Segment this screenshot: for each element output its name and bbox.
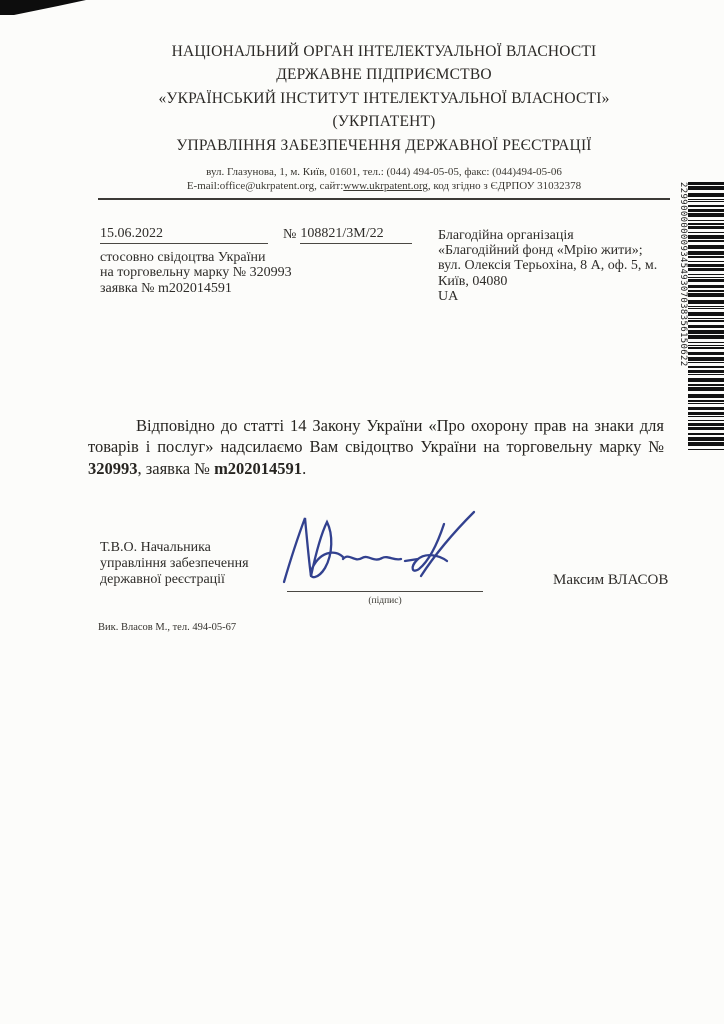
org-name-line-1: НАЦІОНАЛЬНИЙ ОРГАН ІНТЕЛЕКТУАЛЬНОЇ ВЛАСН… <box>98 40 670 63</box>
handwritten-signature <box>274 504 490 596</box>
signer-name: Максим ВЛАСОВ <box>553 572 668 589</box>
body-text-1: Відповідно до статті 14 Закону України «… <box>88 416 664 457</box>
signer-title: Т.В.О. Начальника управління забезпеченн… <box>100 540 249 587</box>
letterhead: НАЦІОНАЛЬНИЙ ОРГАН ІНТЕЛЕКТУАЛЬНОЇ ВЛАСН… <box>98 40 670 193</box>
letterhead-contacts: вул. Глазунова, 1, м. Київ, 01601, тел.:… <box>98 166 670 193</box>
recipient-line-2: «Благодійний фонд «Мрію жити»; <box>438 243 674 258</box>
letter-number: 108821/3М/22 <box>300 226 412 244</box>
barcode-bars <box>688 182 724 452</box>
recipient-address-block: Благодійна організація «Благодійний фонд… <box>438 228 674 304</box>
signer-title-line-2: управління забезпечення <box>100 556 249 572</box>
org-name-line-3: «УКРАЇНСЬКИЙ ІНСТИТУТ ІНТЕЛЕКТУАЛЬНОЇ ВЛ… <box>98 87 670 110</box>
number-sign: № <box>283 227 296 244</box>
email-text: E-mail:office@ukrpatent.org, сайт: <box>187 180 343 192</box>
signature-caption: (підпис) <box>287 596 483 606</box>
edrpou-text: , код згідно з ЄДРПОУ 31032378 <box>428 180 581 192</box>
scan-artifact-corner <box>0 0 86 15</box>
signature-line <box>287 591 483 592</box>
body-paragraph: Відповідно до статті 14 Закону України «… <box>88 415 664 480</box>
application-number: m202014591 <box>214 459 302 478</box>
subject-block: стосовно свідоцтва України на торговельн… <box>100 250 430 296</box>
barcode-digits: 22990000000934549307038356150622 <box>678 182 688 458</box>
body-text-2: , заявка № <box>138 459 215 478</box>
letter-date: 15.06.2022 <box>100 226 268 244</box>
scanned-letter-page: НАЦІОНАЛЬНИЙ ОРГАН ІНТЕЛЕКТУАЛЬНОЇ ВЛАСН… <box>0 0 724 1024</box>
website-url: www.ukrpatent.org <box>343 180 428 192</box>
recipient-line-1: Благодійна організація <box>438 228 674 243</box>
subject-line-1: стосовно свідоцтва України <box>100 250 430 265</box>
subject-line-2: на торговельну марку № 320993 <box>100 265 430 280</box>
certificate-number: 320993 <box>88 459 138 478</box>
email-website-line: E-mail:office@ukrpatent.org, сайт:www.uk… <box>98 180 670 194</box>
letterhead-divider-rule <box>98 198 670 200</box>
recipient-line-3: вул. Олексія Терьохіна, 8 А, оф. 5, м. <box>438 258 674 273</box>
reference-row: 15.06.2022 № 108821/3М/22 <box>100 226 430 244</box>
executor-note: Вик. Власов М., тел. 494-05-67 <box>98 622 236 633</box>
subject-line-3: заявка № m202014591 <box>100 281 430 296</box>
org-name-line-2: ДЕРЖАВНЕ ПІДПРИЄМСТВО <box>98 63 670 86</box>
org-name-line-4: (УКРПАТЕНТ) <box>98 110 670 133</box>
org-name-line-5: УПРАВЛІННЯ ЗАБЕЗПЕЧЕННЯ ДЕРЖАВНОЇ РЕЄСТР… <box>98 134 670 157</box>
recipient-line-4: Київ, 04080 <box>438 274 674 289</box>
signer-title-line-3: державної реєстрації <box>100 572 249 588</box>
body-text-3: . <box>302 459 306 478</box>
signer-title-line-1: Т.В.О. Начальника <box>100 540 249 556</box>
reference-block: 15.06.2022 № 108821/3М/22 стосовно свідо… <box>100 226 430 296</box>
postal-address-line: вул. Глазунова, 1, м. Київ, 01601, тел.:… <box>98 166 670 180</box>
recipient-line-5: UA <box>438 289 674 304</box>
